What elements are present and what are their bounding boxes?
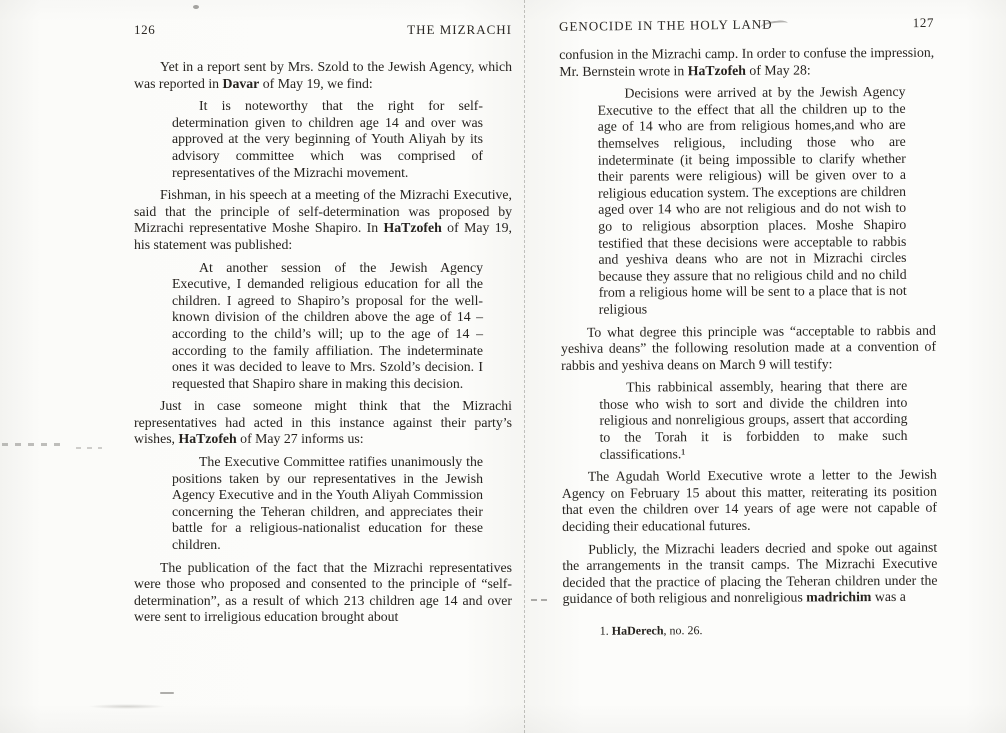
text-segment: of May 28: xyxy=(746,62,811,77)
text-segment: To what degree this principle was “accep… xyxy=(561,322,936,372)
bold-text: HaTzofeh xyxy=(688,62,746,77)
body-paragraph: To what degree this principle was “accep… xyxy=(561,322,936,374)
text-segment: was a xyxy=(871,589,906,604)
block-quote: This rabbinical assembly, hearing that t… xyxy=(599,378,908,463)
bold-text: Davar xyxy=(223,76,260,91)
right-page-number: 127 xyxy=(913,15,934,31)
body-paragraph: The publication of the fact that the Miz… xyxy=(134,560,512,626)
left-page-header: 126 THE MIZRACHI xyxy=(134,22,512,38)
right-page: GENOCIDE IN THE HOLY LAND 127 confusion … xyxy=(559,16,938,639)
text-segment: 1. xyxy=(600,624,612,638)
block-quote: It is noteworthy that the right for self… xyxy=(172,98,483,181)
body-paragraph: Just in case someone might think that th… xyxy=(134,398,512,448)
left-running-header: THE MIZRACHI xyxy=(407,22,512,38)
text-segment: This rabbinical assembly, hearing that t… xyxy=(599,378,907,461)
scan-artifact xyxy=(88,704,166,709)
right-page-body: confusion in the Mizrachi camp. In order… xyxy=(559,45,937,608)
body-paragraph: Yet in a report sent by Mrs. Szold to th… xyxy=(134,59,512,92)
right-page-header: GENOCIDE IN THE HOLY LAND 127 xyxy=(559,15,934,35)
scan-artifact xyxy=(160,692,174,694)
text-segment: , no. 26. xyxy=(663,623,702,637)
page-gutter-line xyxy=(524,0,525,733)
scan-artifact xyxy=(193,5,199,9)
scan-artifact xyxy=(2,443,64,446)
text-segment: It is noteworthy that the right for self… xyxy=(172,98,483,179)
block-quote: At another session of the Jewish Agency … xyxy=(172,260,483,393)
block-quote: The Executive Committee ratifies unanimo… xyxy=(172,454,483,554)
left-page-body: Yet in a report sent by Mrs. Szold to th… xyxy=(134,59,512,626)
bold-text: madrichim xyxy=(806,590,871,605)
text-segment: Decisions were arrived at by the Jewish … xyxy=(598,84,907,317)
book-scan: 126 THE MIZRACHI Yet in a report sent by… xyxy=(0,0,1006,733)
body-paragraph: Publicly, the Mizrachi leaders decried a… xyxy=(562,539,937,608)
scan-artifact xyxy=(76,447,102,449)
body-paragraph: Fishman, in his speech at a meeting of t… xyxy=(134,187,512,253)
footnote: 1. HaDerech, no. 26. xyxy=(563,622,938,639)
left-page: 126 THE MIZRACHI Yet in a report sent by… xyxy=(134,22,512,626)
scan-artifact xyxy=(531,599,549,601)
right-running-header: GENOCIDE IN THE HOLY LAND xyxy=(559,17,773,35)
text-segment: The Executive Committee ratifies unanimo… xyxy=(172,454,483,552)
text-segment: The Agudah World Executive wrote a lette… xyxy=(562,467,937,534)
text-segment: of May 19, we find: xyxy=(259,76,372,91)
bold-text: HaTzofeh xyxy=(384,220,442,235)
bold-text: HaTzofeh xyxy=(178,431,236,446)
bold-text: HaDerech xyxy=(612,623,664,637)
text-segment: The publication of the fact that the Miz… xyxy=(134,560,512,625)
block-quote: Decisions were arrived at by the Jewish … xyxy=(597,84,906,318)
body-paragraph: The Agudah World Executive wrote a lette… xyxy=(562,467,937,536)
text-segment: of May 27 informs us: xyxy=(237,431,364,446)
text-segment: At another session of the Jewish Agency … xyxy=(172,260,483,391)
left-page-number: 126 xyxy=(134,22,155,38)
body-paragraph: confusion in the Mizrachi camp. In order… xyxy=(559,45,934,80)
